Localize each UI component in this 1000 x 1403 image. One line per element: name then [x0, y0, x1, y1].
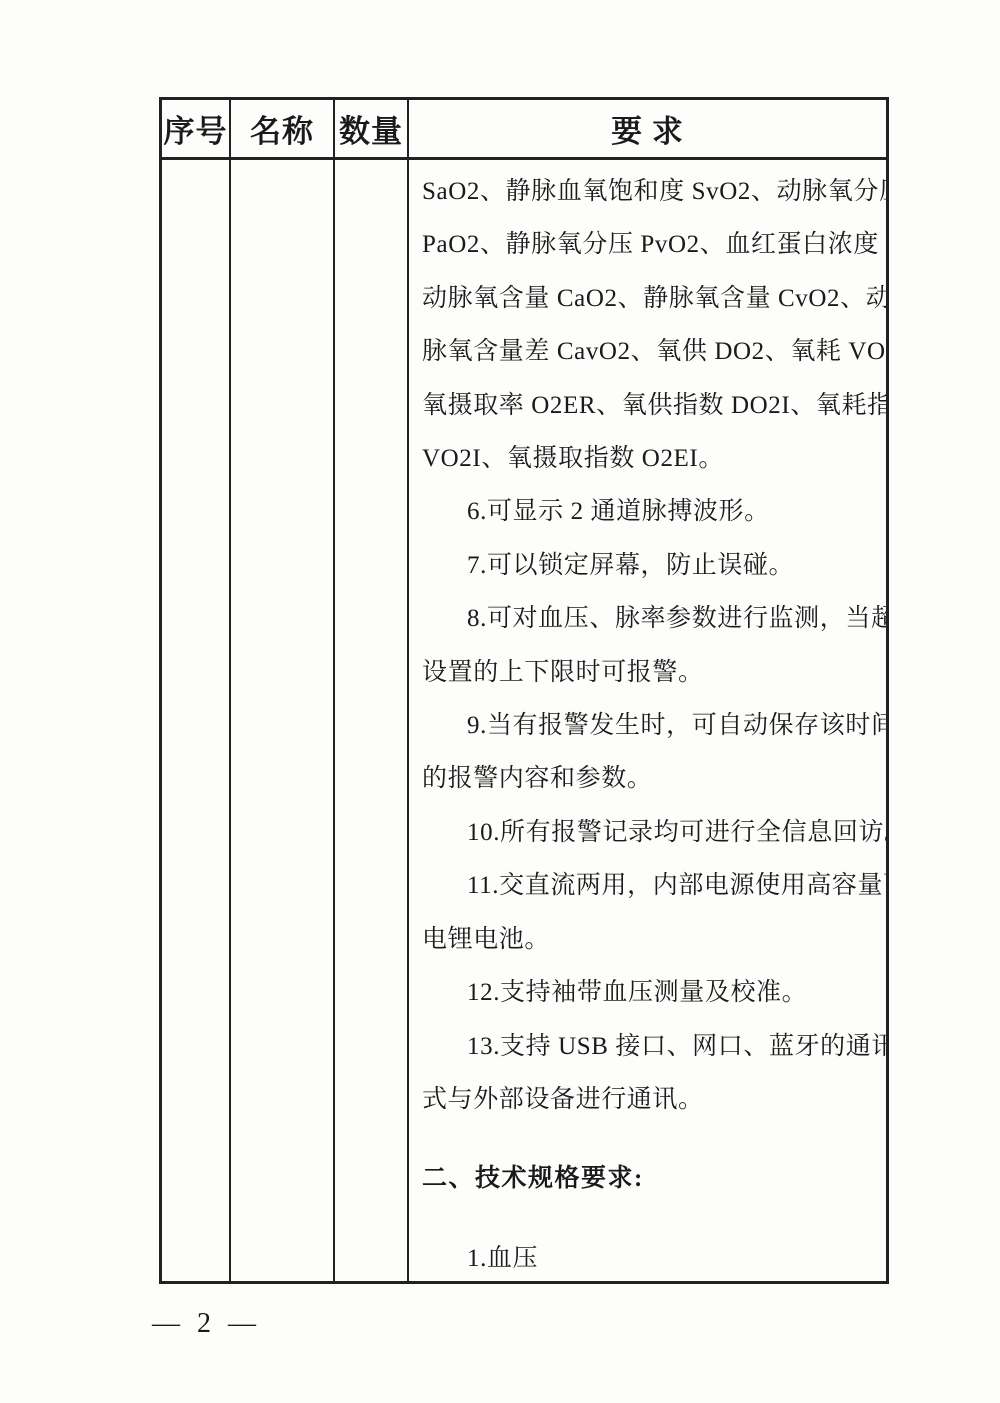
- requirement-line: SaO2、静脉血氧饱和度 SvO2、动脉氧分压: [422, 165, 880, 218]
- requirement-line: PaO2、静脉氧分压 PvO2、血红蛋白浓度 Hgb、: [422, 218, 880, 271]
- cell-shuliang-empty: [335, 160, 409, 1281]
- header-label-xuhao: 序号: [164, 106, 228, 151]
- requirement-line: 脉氧含量差 CavO2、氧供 DO2、氧耗 VO2、: [422, 325, 880, 378]
- requirement-line: 10.所有报警记录均可进行全信息回访。: [422, 806, 880, 859]
- requirement-line: 9.当有报警发生时，可自动保存该时间点: [422, 699, 880, 752]
- header-label-yaoqiu: 要 求: [611, 106, 684, 151]
- section-heading-tech-specs: 二、技术规格要求:: [422, 1152, 880, 1205]
- requirement-line: VO2I、氧摄取指数 O2EI。: [422, 432, 880, 485]
- requirement-line: 电锂电池。: [422, 913, 880, 966]
- header-label-mingcheng: 名称: [250, 106, 314, 151]
- requirement-line: 式与外部设备进行通讯。: [422, 1073, 880, 1126]
- requirement-line: 氧摄取率 O2ER、氧供指数 DO2I、氧耗指数: [422, 379, 880, 432]
- header-cell-mingcheng: 名称: [231, 100, 335, 160]
- cell-requirements: SaO2、静脉血氧饱和度 SvO2、动脉氧分压 PaO2、静脉氧分压 PvO2、…: [409, 160, 886, 1281]
- header-label-shuliang: 数量: [339, 106, 403, 151]
- spec-table: 序号 名称 数量 要 求 SaO2、静脉血氧饱和度 SvO2、动脉氧分压 PaO…: [159, 97, 889, 1284]
- requirement-line: 的报警内容和参数。: [422, 752, 880, 805]
- page-number: — 2 —: [152, 1308, 261, 1340]
- header-cell-shuliang: 数量: [335, 100, 409, 160]
- requirement-line: 6.可显示 2 通道脉搏波形。: [422, 485, 880, 538]
- header-cell-xuhao: 序号: [162, 100, 231, 160]
- requirement-line: 12.支持袖带血压测量及校准。: [422, 966, 880, 1019]
- requirement-line: 11.交直流两用，内部电源使用高容量可充: [422, 859, 880, 912]
- header-cell-yaoqiu: 要 求: [409, 100, 886, 160]
- requirement-line: 1.血压: [422, 1232, 880, 1281]
- scanned-document-page: 序号 名称 数量 要 求 SaO2、静脉血氧饱和度 SvO2、动脉氧分压 PaO…: [0, 0, 1000, 1403]
- requirement-line: 13.支持 USB 接口、网口、蓝牙的通讯方: [422, 1020, 880, 1073]
- cell-xuhao-empty: [162, 160, 231, 1281]
- requirement-line: 7.可以锁定屏幕，防止误碰。: [422, 539, 880, 592]
- cell-mingcheng-empty: [231, 160, 335, 1281]
- requirement-line: 动脉氧含量 CaO2、静脉氧含量 CvO2、动静: [422, 272, 880, 325]
- requirement-line: 8.可对血压、脉率参数进行监测，当超出: [422, 592, 880, 645]
- requirement-line: 设置的上下限时可报警。: [422, 646, 880, 699]
